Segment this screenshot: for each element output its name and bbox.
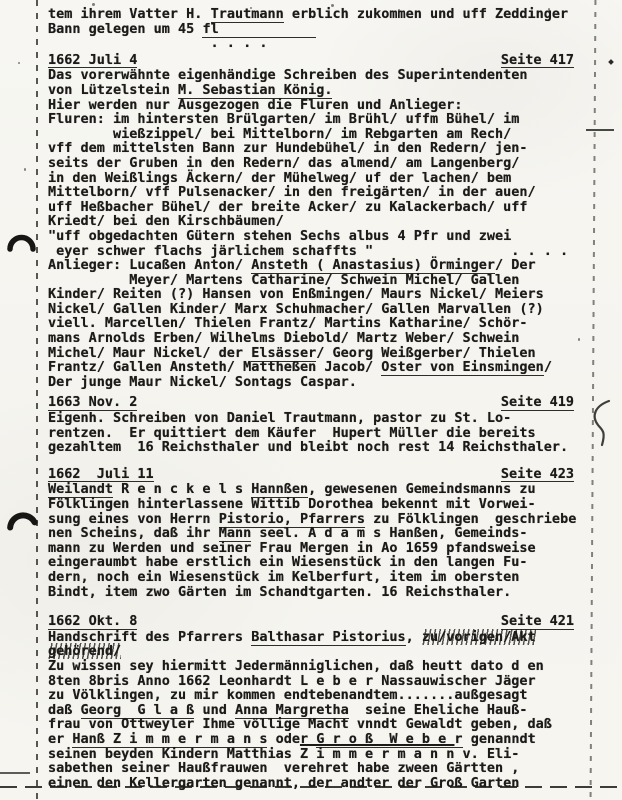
text-line: in den Weißlings Äckern/ der Mühelweg/ u…: [48, 171, 574, 186]
underlined-text: Balthasar Pistorius: [251, 629, 405, 646]
text-segment: Handschrift des Pfarrers: [48, 629, 251, 645]
text-segment: , gewesenen Gemeindsmanns zu: [308, 481, 536, 497]
text-line: dern, noch ein Wiesenstück im Kelberfurt…: [48, 570, 574, 585]
text-line: 8ten 8bris Anno 1662 Leonhardt L e b e r…: [48, 674, 574, 689]
text-segment: oder: [267, 731, 316, 747]
text-line: nen Scheins, daß ihr Mann seel. A d a m …: [48, 526, 574, 541]
bottom-left-dash-mark: [0, 772, 30, 774]
text-segment: Bann gelegen um 45: [48, 21, 202, 37]
text-segment: gezahltem 16 Reichsthaler und bleibt noc…: [48, 439, 568, 455]
text-segment: dern, noch ein Wiesenstück im Kelberfurt…: [48, 569, 519, 585]
text-segment: . . . .: [48, 35, 267, 51]
text-line: Eigenh. Schreiben von Daniel Trautmann, …: [48, 411, 574, 426]
text-line: Mittelborn/ vff Pulsenacker/ in den frei…: [48, 185, 574, 200]
page-reference: Seite 419: [501, 395, 574, 411]
entry-date: 1662 Okt. 8: [48, 614, 137, 630]
text-line: eyer schwer flachs järlichem schaffts " …: [48, 244, 574, 259]
text-segment: tem ihrem Vatter H.: [48, 6, 211, 22]
text-segment: ,: [406, 629, 422, 645]
ink-speck: [578, 338, 580, 341]
text-line: Kinder/ Reiten (?) Hansen von Enßmingen/…: [48, 287, 574, 302]
text-segment: Zu wissen sey hiermitt Jedermänniglichen…: [48, 658, 544, 674]
text-line: Der junge Maur Nickel/ Sontags Caspar.: [48, 375, 574, 390]
text-line: Kriedt/ bei den Kirschbäumen/: [48, 214, 574, 229]
text-segment: einen den Kellergarten genannt, der andt…: [48, 775, 519, 791]
text-line: Bindt, item zwo Gärten im Schandtgarten.…: [48, 585, 574, 600]
right-margin-dash-mark: [586, 129, 614, 131]
text-line: sabethen seiner Haußfrauwen verehret hab…: [48, 761, 574, 776]
struck-out-text: zu/vorigen/Akt: [422, 629, 536, 645]
text-line: Bann gelegen um 45 fl: [48, 22, 574, 37]
text-segment: R e n c k e l s: [113, 481, 251, 497]
text-line: er Hanß Z i m m e r m a n s oder G r o ß…: [48, 732, 574, 747]
ink-speck: [608, 59, 614, 65]
text-line: Frantz/ Gallen Ansteth/ Mattheßen Jacob/…: [48, 360, 574, 375]
text-segment: mans Arnolds Erben/ Wilhelms Diebold/ Ma…: [48, 330, 519, 346]
text-segment: Der junge Maur Nickel/ Sontags Caspar.: [48, 374, 357, 390]
underlined-text: Oster von Einsmingen: [381, 359, 544, 376]
text-segment: seel. A d a m s Hanßen, Gemeinds-: [251, 525, 527, 541]
register-entry: 1663 Nov. 2Seite 419Eigenh. Schreiben vo…: [48, 395, 574, 454]
text-segment: Kriedt/ bei den Kirschbäumen/: [48, 213, 284, 229]
struck-out-text: gehörend/: [48, 643, 121, 659]
text-segment: Frantz/ Gallen Ansteth/ Mattheßen Jacob/: [48, 359, 381, 375]
text-line: seits der Gruben in den Redern/ das alme…: [48, 156, 574, 171]
text-segment: Eigenh. Schreiben von Daniel Trautmann, …: [48, 410, 511, 426]
page-reference: Seite 421: [501, 614, 574, 630]
document-text: tem ihrem Vatter H. Trautmann erblich zu…: [48, 7, 574, 790]
text-line: sung eines von Herrn Pistorio, Pfarrers …: [48, 512, 574, 527]
register-entry: 1662 Juli 4Seite 417Das vorerwähnte eige…: [48, 53, 574, 390]
entry-header: 1662 Okt. 8Seite 421: [48, 614, 574, 630]
text-line: Anlieger: Lucaßen Anton/ Ansteth ( Anast…: [48, 258, 574, 273]
entry-date: 1663 Nov. 2: [48, 395, 137, 411]
text-line: Zu wissen sey hiermitt Jedermänniglichen…: [48, 659, 574, 674]
text-segment: sabethen seiner Haußfrauwen verehret hab…: [48, 760, 519, 776]
text-segment: Anlieger: Lucaßen Anton/: [48, 257, 251, 273]
text-line: einen den Kellergarten genannt, der andt…: [48, 776, 574, 791]
text-line: seinen beyden Kindern Matthias Z i m m e…: [48, 747, 574, 762]
text-line: Hier werden nur Ausgezogen die Fluren un…: [48, 98, 574, 113]
text-line: tem ihrem Vatter H. Trautmann erblich zu…: [48, 7, 574, 22]
text-segment: vff dem mittelsten Bann zur Hundebühel/ …: [48, 140, 528, 156]
text-segment: Bindt, item zwo Gärten im Schandtgarten.…: [48, 584, 511, 600]
text-segment: von Lützelstein: [48, 82, 178, 98]
ink-speck: [24, 168, 26, 171]
text-segment: Fluren: im hintersten Brülgarten/ im Brü…: [48, 111, 519, 127]
text-segment: Kinder/ Reiten (?) Hansen von Enßmingen/…: [48, 286, 544, 302]
text-line: viell. Marcellen/ Thielen Frantz/ Martin…: [48, 316, 574, 331]
text-line: Fluren: im hintersten Brülgarten/ im Brü…: [48, 112, 574, 127]
ink-speck: [18, 62, 20, 64]
text-segment: frau von Ottweyler Ihme völlige Macht vn…: [48, 716, 552, 732]
text-segment: Fölklingen hinterlassene Wittib Dorothea…: [48, 496, 536, 512]
text-segment: Das vorerwähnte eigenhändige Schreiben d…: [48, 67, 528, 83]
entry-header: 1663 Nov. 2Seite 419: [48, 395, 574, 411]
text-line: Fölklingen hinterlassene Wittib Dorothea…: [48, 497, 574, 512]
text-segment: Mittelborn/ vff Pulsenacker/ in den frei…: [48, 184, 536, 200]
text-line: vff dem mittelsten Bann zur Hundebühel/ …: [48, 141, 574, 156]
text-line: Weilandt R e n c k e l s Hannßen, gewese…: [48, 482, 574, 497]
left-margin-dotted-border: [36, 0, 38, 800]
text-segment: genanndt: [463, 731, 536, 747]
pen-stroke-mark: [588, 398, 616, 450]
text-line: gehörend/: [48, 644, 574, 659]
text-line: Das vorerwähnte eigenhändige Schreiben d…: [48, 68, 574, 83]
register-entry: 1662 Juli 11Seite 423Weilandt R e n c k …: [48, 467, 574, 599]
text-segment: nen Scheins, daß ihr: [48, 525, 219, 541]
text-line: . . . .: [48, 36, 574, 51]
text-segment: zu Völklingen, zu mir kommen endtebenand…: [48, 687, 528, 703]
text-line: zu Völklingen, zu mir kommen endtebenand…: [48, 688, 574, 703]
hole-punch-mark: [7, 230, 37, 252]
text-line: "uff obgedachten Gütern stehen Sechs alb…: [48, 229, 574, 244]
text-segment: / Der: [495, 257, 536, 273]
text-segment: /: [544, 359, 552, 375]
text-line: frau von Ottweyler Ihme völlige Macht vn…: [48, 717, 574, 732]
text-segment: er: [48, 731, 72, 747]
text-segment: seits der Gruben in den Redern/ das alme…: [48, 155, 519, 171]
register-entry: 1662 Okt. 8Seite 421Handschrift des Pfar…: [48, 614, 574, 790]
text-line: mans Arnolds Erben/ Wilhelms Diebold/ Ma…: [48, 331, 574, 346]
text-line: gezahltem 16 Reichsthaler und bleibt noc…: [48, 440, 574, 455]
text-line: von Lützelstein M. Sebastian König.: [48, 83, 574, 98]
scanned-document-page: tem ihrem Vatter H. Trautmann erblich zu…: [0, 0, 622, 800]
text-segment: erblich zukommen und uff Zeddinger: [284, 6, 568, 22]
hole-punch-mark: [2, 500, 41, 533]
text-line: eingeraumbt habe erstlich ein Wiesenstüc…: [48, 555, 574, 570]
text-segment: "uff obgedachten Gütern stehen Sechs alb…: [48, 228, 511, 244]
text-segment: eingeraumbt habe erstlich ein Wiesenstüc…: [48, 554, 528, 570]
text-line: Handschrift des Pfarrers Balthasar Pisto…: [48, 630, 574, 645]
